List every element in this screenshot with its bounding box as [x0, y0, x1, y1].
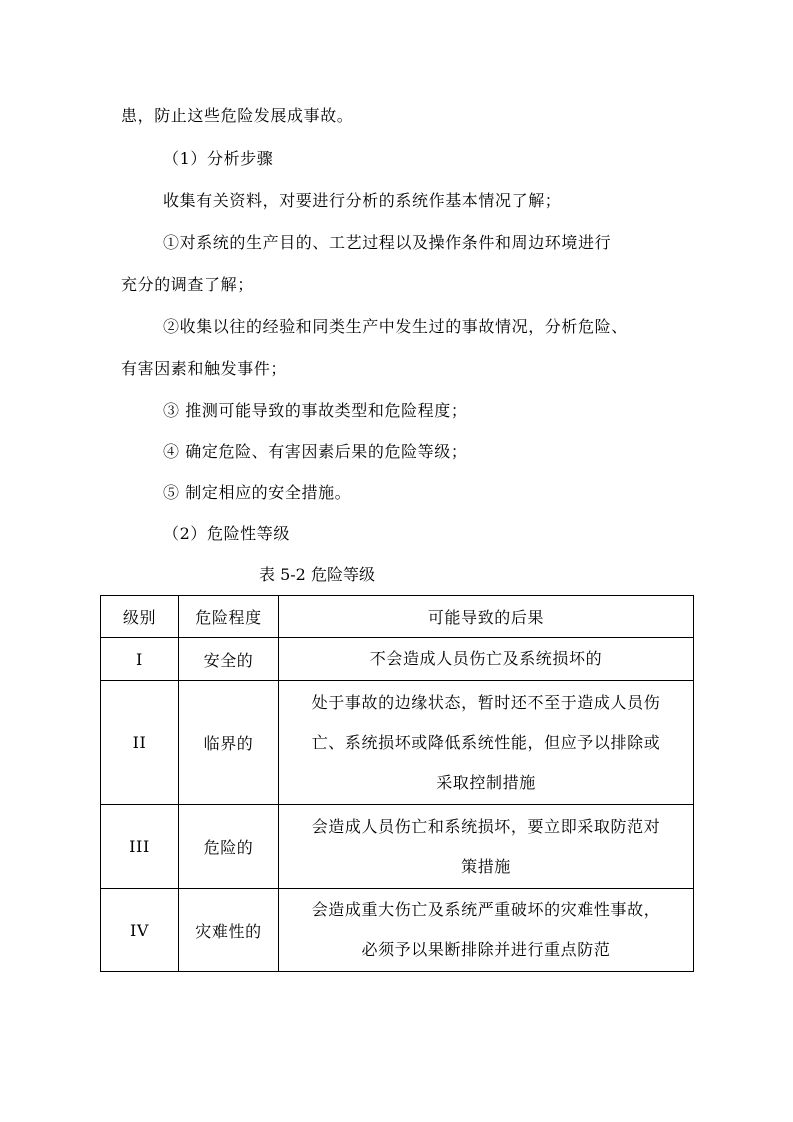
level-cell: III	[101, 805, 179, 889]
result-cell: 会造成重大伤亡及系统严重破坏的灾难性事故， 必须予以果断排除并进行重点防范	[279, 889, 694, 972]
result-line: 策措施	[285, 847, 687, 887]
result-line: 采取控制措施	[285, 763, 687, 803]
step-4: ④ 确定危险、有害因素后果的危险等级；	[163, 442, 468, 462]
table-caption: 表 5-2 危险等级	[259, 565, 375, 585]
result-line: 亡、系统损坏或降低系统性能，但应予以排除或	[285, 723, 687, 763]
level-cell: IV	[101, 889, 179, 972]
document-page: 患，防止这些危险发展成事故。 （1）分析步骤 收集有关资料，对要进行分析的系统作…	[0, 0, 793, 1122]
result-cell: 处于事故的边缘状态，暂时还不至于造成人员伤 亡、系统损坏或降低系统性能，但应予以…	[279, 681, 694, 805]
step-3: ③ 推测可能导致的事故类型和危险程度；	[163, 401, 468, 421]
header-degree: 危险程度	[179, 596, 279, 638]
hazard-level-table: 级别 危险程度 可能导致的后果 I 安全的 不会造成人员伤亡及系统损坏的 II …	[100, 595, 694, 972]
degree-cell: 安全的	[179, 638, 279, 681]
table-row: I 安全的 不会造成人员伤亡及系统损坏的	[101, 638, 694, 681]
level-cell: II	[101, 681, 179, 805]
degree-cell: 灾难性的	[179, 889, 279, 972]
degree-cell: 临界的	[179, 681, 279, 805]
step-1-line-1: ①对系统的生产目的、工艺过程以及操作条件和周边环境进行	[163, 233, 611, 253]
level-cell: I	[101, 638, 179, 681]
paragraph-continuation: 患，防止这些危险发展成事故。	[121, 106, 353, 126]
header-result: 可能导致的后果	[279, 596, 694, 638]
degree-cell: 危险的	[179, 805, 279, 889]
table-row: II 临界的 处于事故的边缘状态，暂时还不至于造成人员伤 亡、系统损坏或降低系统…	[101, 681, 694, 805]
result-line: 必须予以果断排除并进行重点防范	[285, 930, 687, 970]
table-row: IV 灾难性的 会造成重大伤亡及系统严重破坏的灾难性事故， 必须予以果断排除并进…	[101, 889, 694, 972]
table-row: III 危险的 会造成人员伤亡和系统损坏，要立即采取防范对 策措施	[101, 805, 694, 889]
result-cell: 会造成人员伤亡和系统损坏，要立即采取防范对 策措施	[279, 805, 694, 889]
step-1-line-2: 充分的调查了解；	[121, 275, 254, 295]
section-heading-analysis-steps: （1）分析步骤	[163, 149, 273, 169]
section-heading-hazard-level: （2）危险性等级	[163, 524, 290, 544]
table-header-row: 级别 危险程度 可能导致的后果	[101, 596, 694, 638]
result-line: 处于事故的边缘状态，暂时还不至于造成人员伤	[285, 683, 687, 723]
step-5: ⑤ 制定相应的安全措施。	[163, 483, 351, 503]
result-line: 会造成人员伤亡和系统损坏，要立即采取防范对	[285, 807, 687, 847]
result-cell: 不会造成人员伤亡及系统损坏的	[279, 638, 694, 681]
paragraph-collect-data: 收集有关资料，对要进行分析的系统作基本情况了解；	[163, 191, 561, 211]
result-line: 不会造成人员伤亡及系统损坏的	[285, 639, 687, 679]
result-line: 会造成重大伤亡及系统严重破坏的灾难性事故，	[285, 890, 687, 930]
step-2-line-2: 有害因素和触发事件；	[121, 359, 287, 379]
step-2-line-1: ②收集以往的经验和同类生产中发生过的事故情况，分析危险、	[163, 317, 628, 337]
header-level: 级别	[101, 596, 179, 638]
